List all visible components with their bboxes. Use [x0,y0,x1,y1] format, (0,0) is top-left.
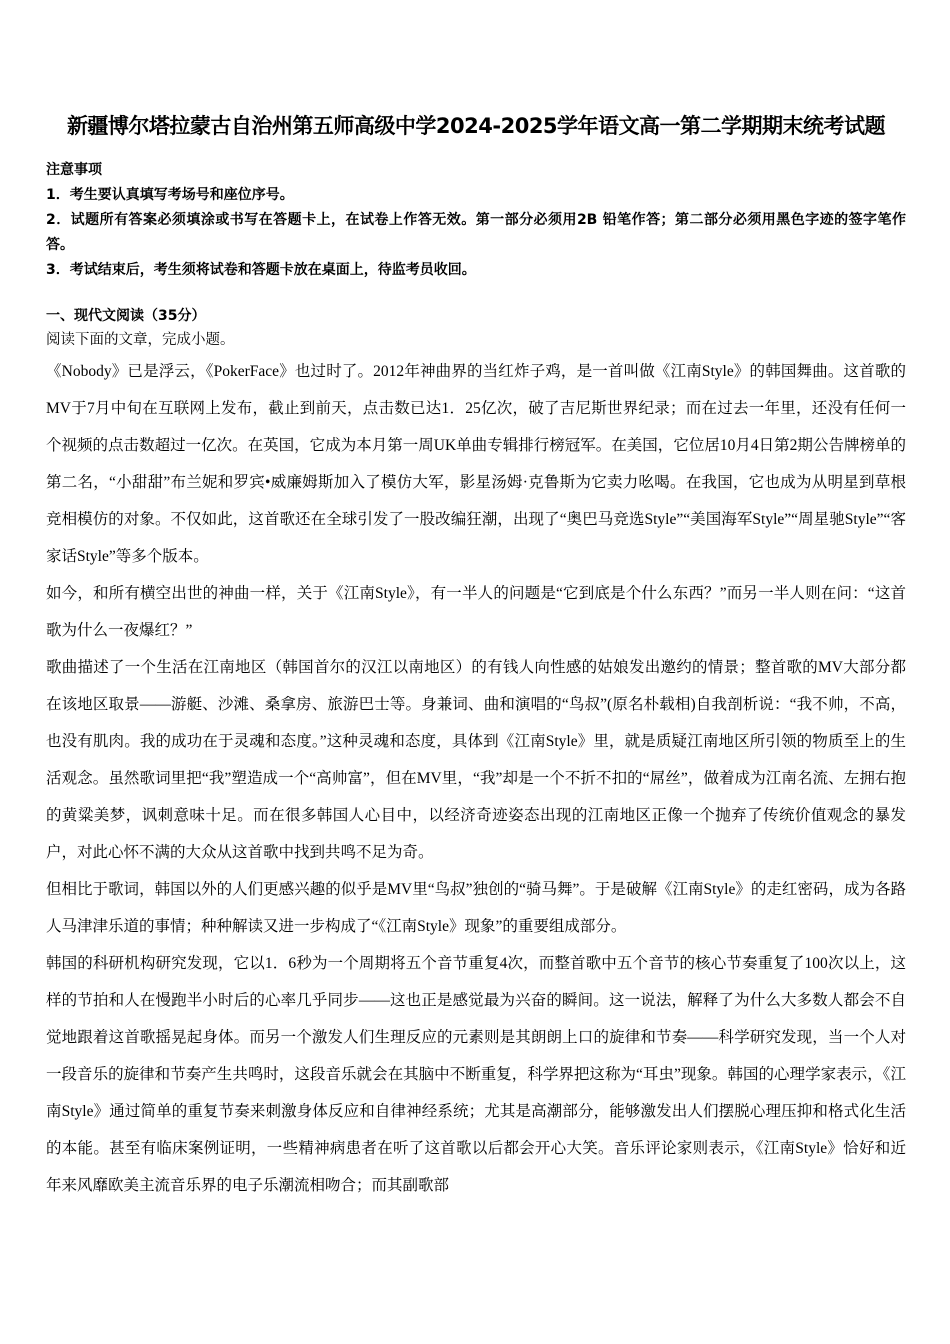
notice-item-1: 1．考生要认真填写考场号和座位序号。 [46,183,906,208]
section-instruction: 阅读下面的文章，完成小题。 [46,327,906,353]
notice-heading: 注意事项 [46,158,906,183]
passage-paragraph: 《Nobody》已是浮云，《PokerFace》也过时了。2012年神曲界的当红… [46,353,906,575]
section-heading: 一、现代文阅读（35分） [46,305,906,327]
notice-item-2: 2．试题所有答案必须填涂或书写在答题卡上，在试卷上作答无效。第一部分必须用2B … [46,208,906,258]
reading-passage: 《Nobody》已是浮云，《PokerFace》也过时了。2012年神曲界的当红… [46,353,906,1204]
notice-block: 注意事项 1．考生要认真填写考场号和座位序号。 2．试题所有答案必须填涂或书写在… [46,158,906,283]
document-page: 新疆博尔塔拉蒙古自治州第五师高级中学2024-2025学年语文高一第二学期期末统… [46,0,906,1204]
passage-paragraph: 但相比于歌词，韩国以外的人们更感兴趣的似乎是MV里“鸟叔”独创的“骑马舞”。于是… [46,871,906,945]
passage-paragraph: 如今，和所有横空出世的神曲一样，关于《江南Style》，有一半人的问题是“它到底… [46,575,906,649]
document-title: 新疆博尔塔拉蒙古自治州第五师高级中学2024-2025学年语文高一第二学期期末统… [46,0,906,152]
passage-paragraph: 韩国的科研机构研究发现，它以1．6秒为一个周期将五个音节重复4次，而整首歌中五个… [46,945,906,1204]
notice-item-3: 3．考试结束后，考生须将试卷和答题卡放在桌面上，待监考员收回。 [46,258,906,283]
passage-paragraph: 歌曲描述了一个生活在江南地区（韩国首尔的汉江以南地区）的有钱人向性感的姑娘发出邀… [46,649,906,871]
